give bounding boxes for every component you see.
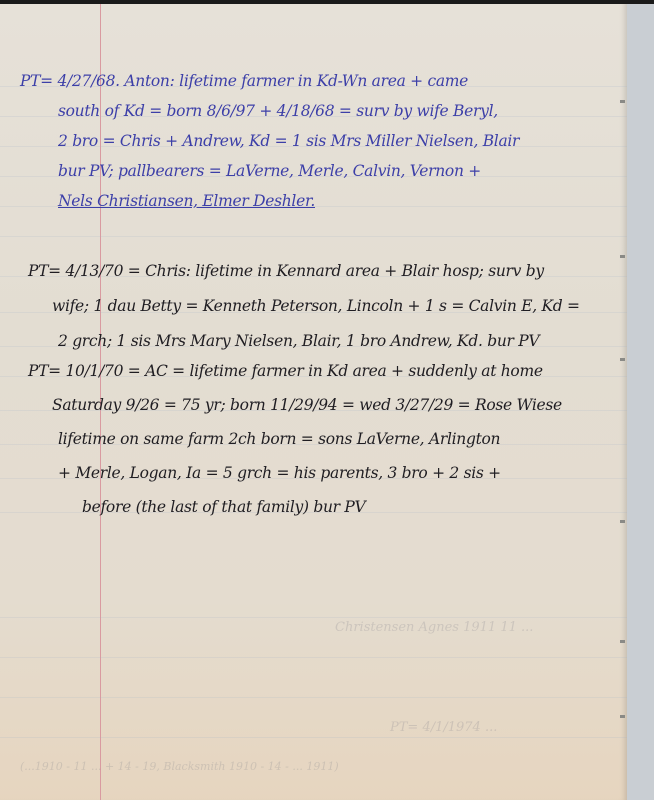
- handwritten-line: PT= 4/27/68. Anton: lifetime farmer in K…: [20, 72, 468, 90]
- page-edge-mark: [620, 715, 625, 718]
- page-edge-mark: [620, 100, 625, 103]
- ruled-line: [0, 737, 627, 738]
- page-edge-mark: [620, 640, 625, 643]
- scan-edge: [0, 0, 654, 4]
- handwritten-line: PT= 4/13/70 = Chris: lifetime in Kennard…: [28, 262, 544, 280]
- handwritten-line: before (the last of that family) bur PV: [82, 498, 365, 516]
- page-edge-mark: [620, 520, 625, 523]
- bleedthrough-text: (...1910 - 11 ... + 14 - 19, Blacksmith …: [20, 760, 339, 773]
- notebook-page: Christensen Agnes 1911 11 ... PT= 4/1/19…: [0, 0, 627, 800]
- handwritten-line: Saturday 9/26 = 75 yr; born 11/29/94 = w…: [52, 396, 562, 414]
- ruled-line: [0, 236, 627, 237]
- ruled-line: [0, 657, 627, 658]
- handwritten-line: 2 bro = Chris + Andrew, Kd = 1 sis Mrs M…: [58, 132, 519, 150]
- bleedthrough-text: PT= 4/1/1974 ...: [390, 720, 497, 735]
- handwritten-line: PT= 10/1/70 = AC = lifetime farmer in Kd…: [28, 362, 543, 380]
- handwritten-line: wife; 1 dau Betty = Kenneth Peterson, Li…: [52, 297, 580, 315]
- handwritten-line: + Merle, Logan, Ia = 5 grch = his parent…: [58, 464, 501, 482]
- page-edge-mark: [620, 255, 625, 258]
- handwritten-line: Nels Christiansen, Elmer Deshler.: [58, 192, 315, 210]
- ruled-line: [0, 697, 627, 698]
- handwritten-line: bur PV; pallbearers = LaVerne, Merle, Ca…: [58, 162, 481, 180]
- bleedthrough-text: Christensen Agnes 1911 11 ...: [335, 620, 533, 635]
- page-edge-mark: [620, 358, 625, 361]
- handwritten-line: south of Kd = born 8/6/97 + 4/18/68 = su…: [58, 102, 498, 120]
- handwritten-line: lifetime on same farm 2ch born = sons La…: [58, 430, 500, 448]
- handwritten-line: 2 grch; 1 sis Mrs Mary Nielsen, Blair, 1…: [58, 332, 539, 350]
- ruled-line: [0, 617, 627, 618]
